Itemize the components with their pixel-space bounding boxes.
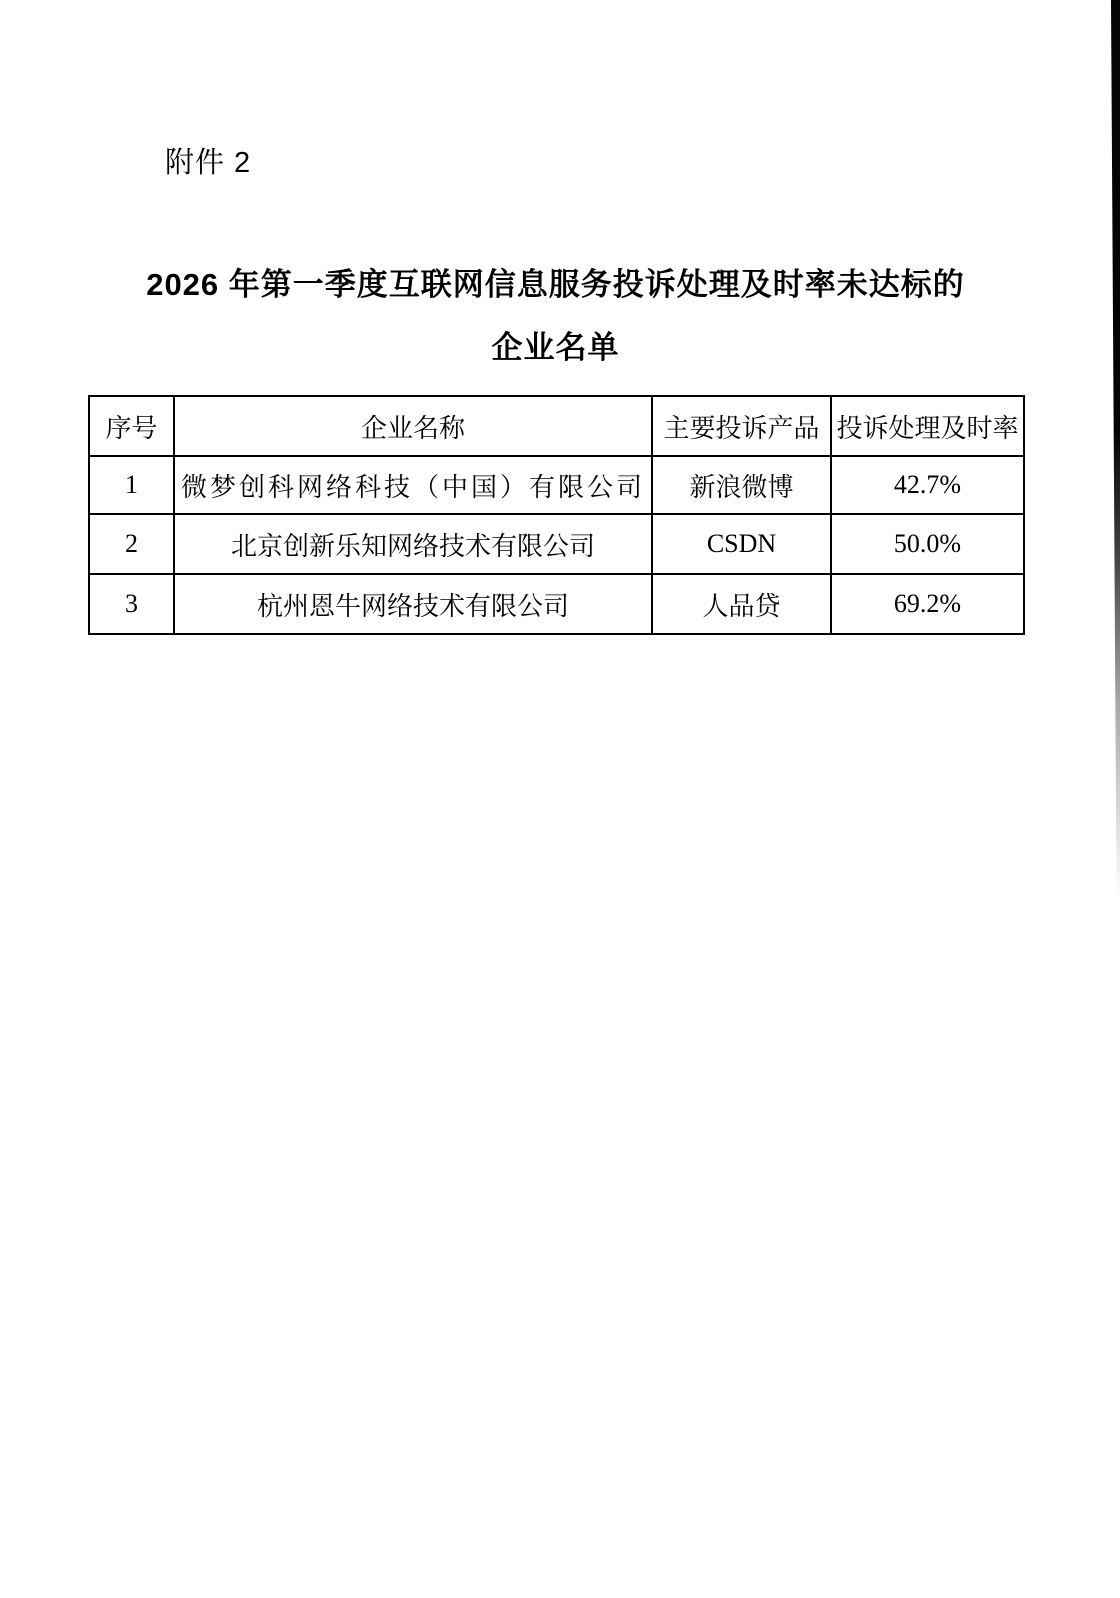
document-title-line1: 2026 年第一季度互联网信息服务投诉处理及时率未达标的 xyxy=(88,266,1023,303)
company-name-cell: 微梦创科网络科技（中国）有限公司 xyxy=(174,456,652,514)
header-serial-number-label: 序号 xyxy=(105,413,157,443)
handling-rate-cell: 69.2% xyxy=(831,574,1024,634)
document-title: 2026 年第一季度互联网信息服务投诉处理及时率未达标的 企业名单 xyxy=(88,266,1023,366)
document-title-line2: 企业名单 xyxy=(88,329,1023,366)
complaint-product-cell: 人品贷 xyxy=(652,574,831,634)
serial-number-cell: 1 xyxy=(89,456,174,514)
table-row: 1 微梦创科网络科技（中国）有限公司 新浪微博 42.7% xyxy=(89,456,1024,514)
scan-edge-artifact xyxy=(1111,0,1120,900)
header-company-name-label: 企业名称 xyxy=(361,413,465,443)
serial-number-cell: 3 xyxy=(89,574,174,634)
table-row: 2 北京创新乐知网络技术有限公司 CSDN 50.0% xyxy=(89,514,1024,574)
company-name-cell: 北京创新乐知网络技术有限公司 xyxy=(174,514,652,574)
table-header-row: 序号 企业名称 主要投诉产品 投诉处理及时率 xyxy=(89,396,1024,456)
handling-rate-cell: 42.7% xyxy=(831,456,1024,514)
table-row: 3 杭州恩牛网络技术有限公司 人品贷 69.2% xyxy=(89,574,1024,634)
header-main-complaint-product: 主要投诉产品 xyxy=(652,396,831,456)
header-main-complaint-product-label: 主要投诉产品 xyxy=(663,413,819,443)
header-serial-number: 序号 xyxy=(89,396,174,456)
serial-number-cell: 2 xyxy=(89,514,174,574)
header-company-name: 企业名称 xyxy=(174,396,652,456)
noncompliant-enterprises-table: 序号 企业名称 主要投诉产品 投诉处理及时率 1 微梦创科网络科技（中国）有限公… xyxy=(88,395,1025,635)
header-timely-handling-rate: 投诉处理及时率 xyxy=(831,396,1024,456)
header-timely-handling-rate-label: 投诉处理及时率 xyxy=(836,413,1018,443)
company-name-cell: 杭州恩牛网络技术有限公司 xyxy=(174,574,652,634)
attachment-label: 附件 2 xyxy=(165,146,251,180)
complaint-product-cell: CSDN xyxy=(652,514,831,574)
handling-rate-cell: 50.0% xyxy=(831,514,1024,574)
complaint-product-cell: 新浪微博 xyxy=(652,456,831,514)
document-page: 附件 2 2026 年第一季度互联网信息服务投诉处理及时率未达标的 企业名单 序… xyxy=(0,0,1120,1598)
